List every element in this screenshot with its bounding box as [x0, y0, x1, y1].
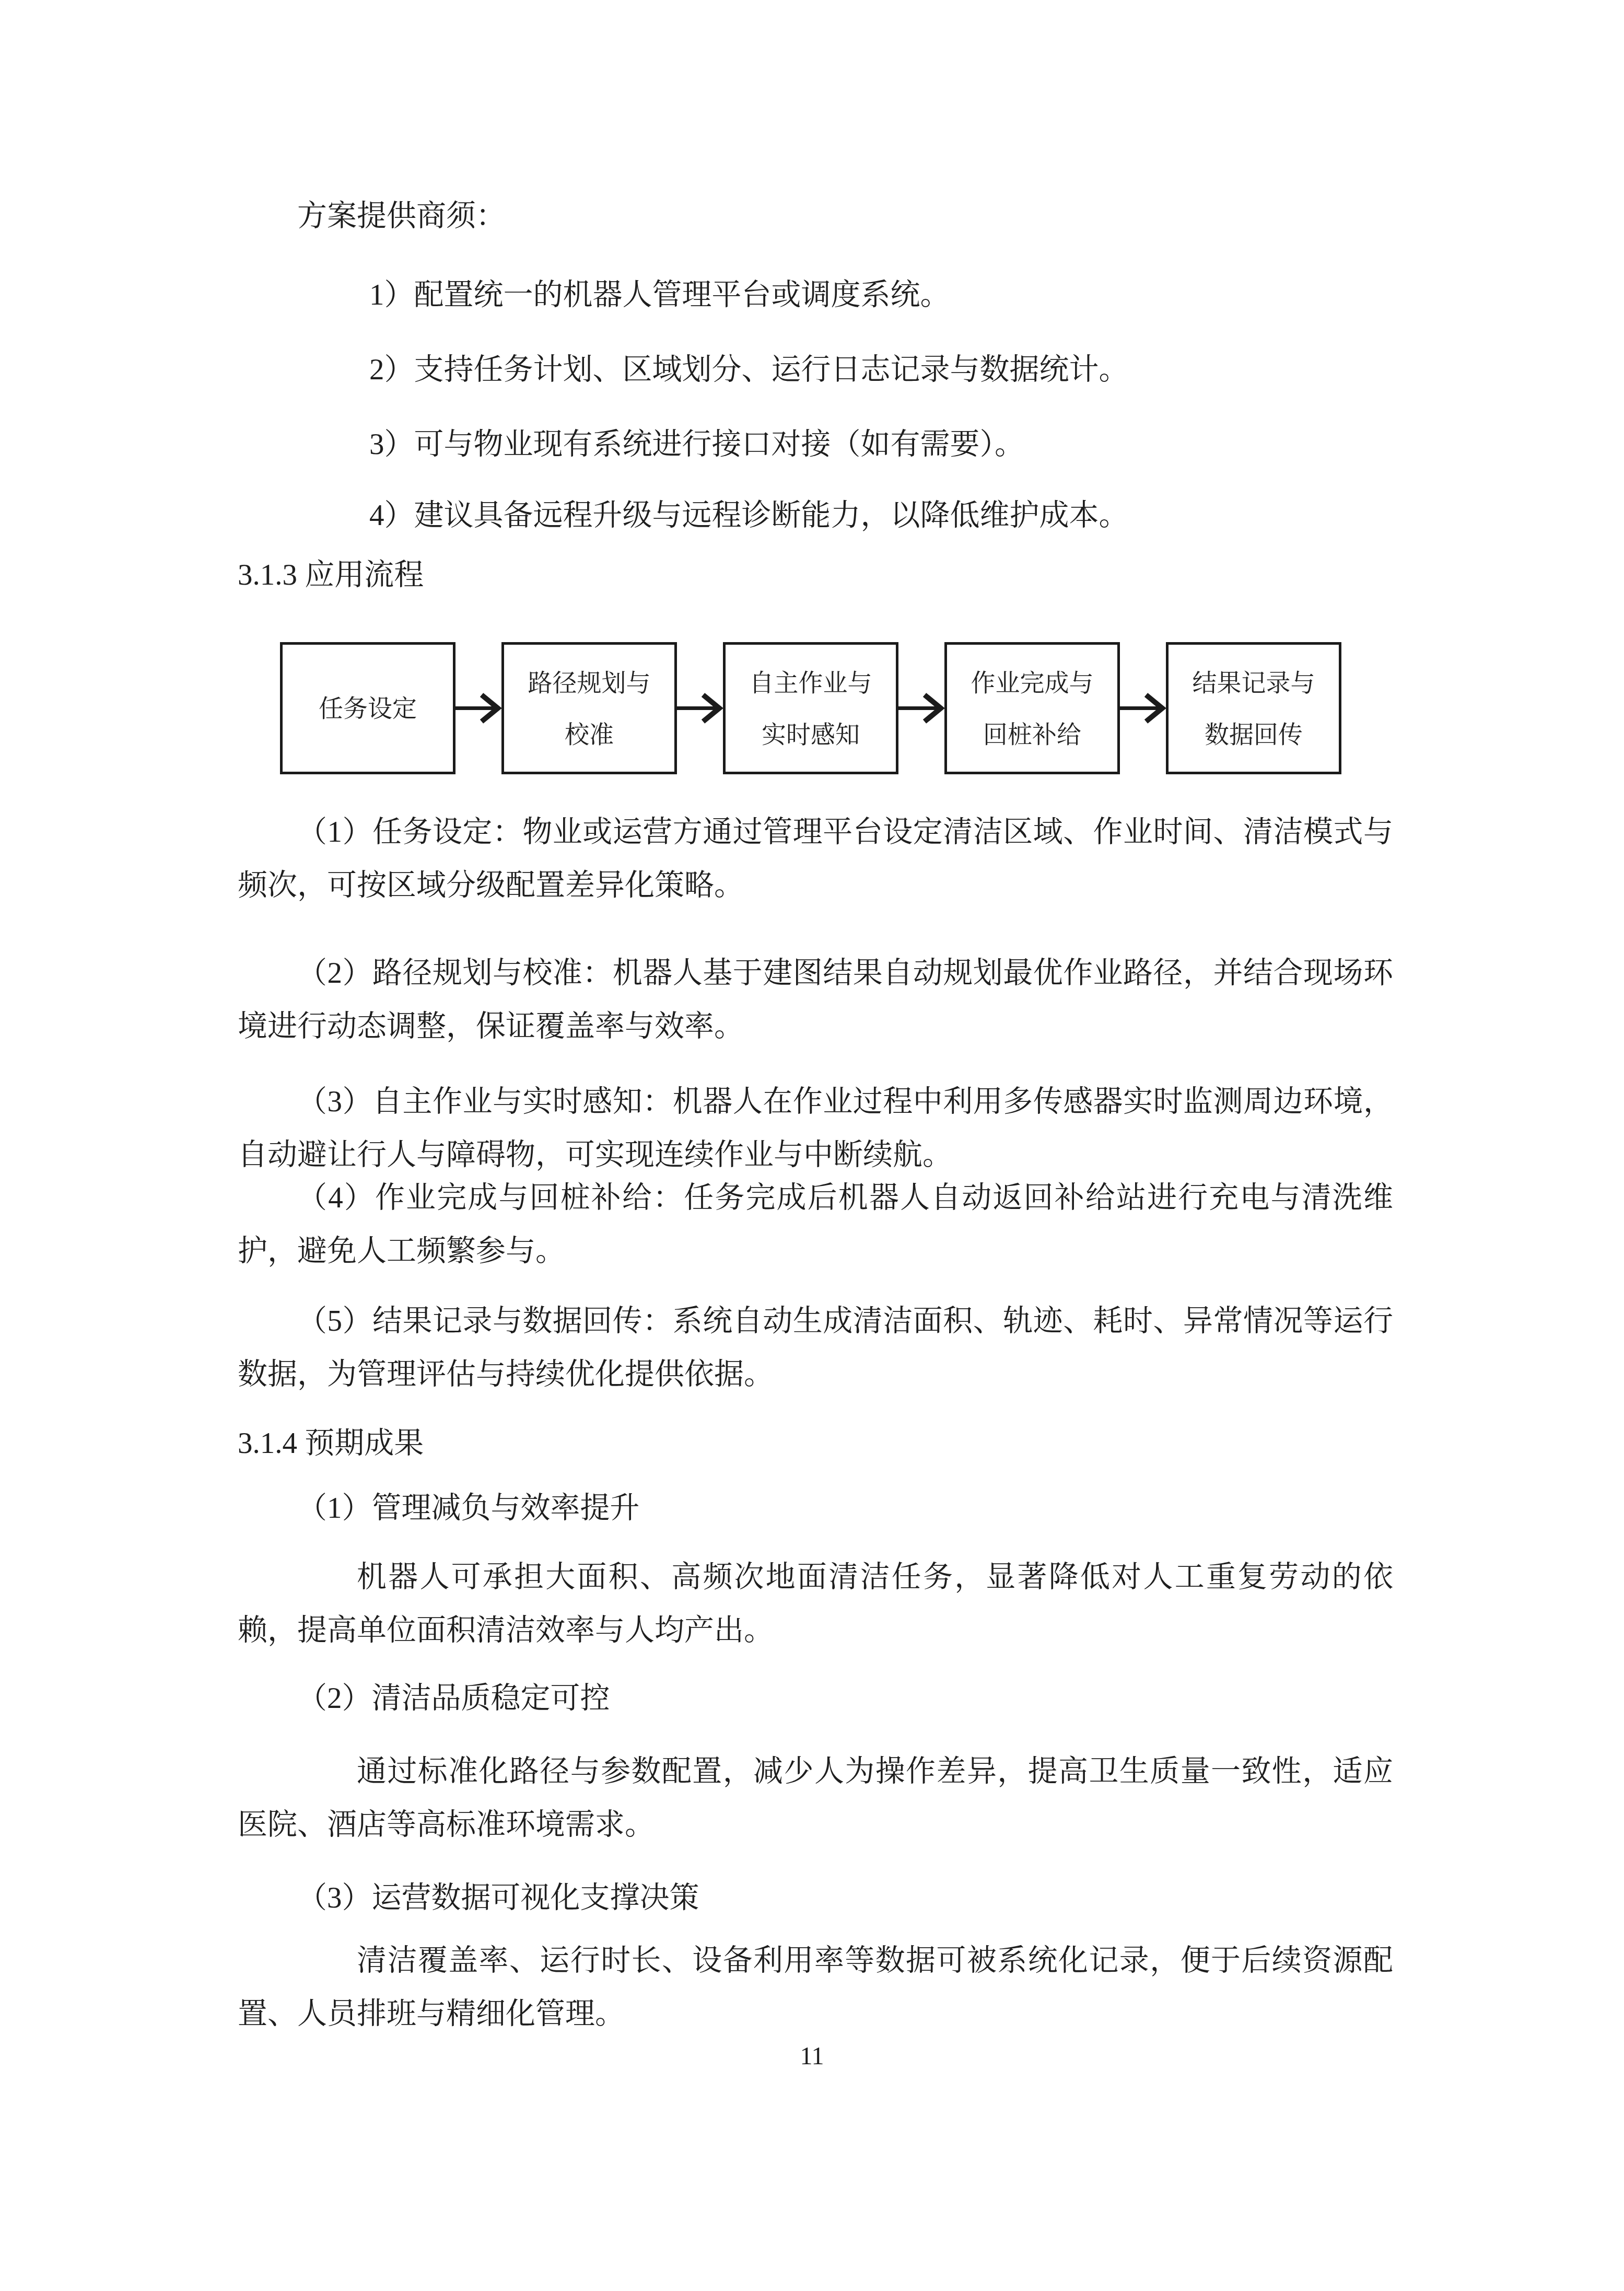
- flow-paragraph-1: （1）任务设定：物业或运营方通过管理平台设定清洁区域、作业时间、清洁模式与频次，…: [238, 806, 1393, 912]
- flow-paragraph-3: （3）自主作业与实时感知：机器人在作业过程中利用多传感器实时监测周边环境，自动避…: [238, 1075, 1393, 1182]
- result-heading-2: （2）清洁品质稳定可控: [238, 1672, 1393, 1725]
- section-heading-3-1-3: 3.1.3 应用流程: [238, 549, 1393, 602]
- intro-line: 方案提供商须：: [238, 189, 1393, 243]
- requirement-item-2: 2）支持任务计划、区域划分、运行日志记录与数据统计。: [238, 343, 1393, 397]
- result-paragraph-2: 通过标准化路径与参数配置，减少人为操作差异，提高卫生质量一致性，适应医院、酒店等…: [238, 1745, 1393, 1852]
- flow-paragraph-5: （5）结果记录与数据回传：系统自动生成清洁面积、轨迹、耗时、异常情况等运行数据，…: [238, 1295, 1393, 1401]
- flow-step-box-5: 结果记录与 数据回传: [1166, 642, 1341, 774]
- flow-step-label: 实时感知: [762, 708, 860, 760]
- flow-arrow-icon: [455, 642, 501, 774]
- flow-step-box-1: 任务设定: [280, 642, 455, 774]
- flow-arrow-icon: [1120, 642, 1166, 774]
- flow-arrow-icon: [677, 642, 723, 774]
- flow-step-label: 回桩补给: [983, 708, 1081, 760]
- flowchart: 任务设定 路径规划与 校准 自主作业与 实时感知 作业完成与 回桩补给: [238, 642, 1341, 774]
- flow-step-label: 作业完成与: [971, 657, 1094, 708]
- flow-step-label: 校准: [565, 708, 614, 760]
- flow-paragraph-2: （2）路径规划与校准：机器人基于建图结果自动规划最优作业路径，并结合现场环境进行…: [238, 947, 1393, 1053]
- flow-step-label: 路径规划与: [528, 657, 651, 708]
- flow-step-box-2: 路径规划与 校准: [501, 642, 677, 774]
- result-heading-3: （3）运营数据可视化支撑决策: [238, 1871, 1393, 1925]
- flow-paragraph-4: （4）作业完成与回桩补给：任务完成后机器人自动返回补给站进行充电与清洗维护，避免…: [238, 1171, 1393, 1278]
- requirement-item-1: 1）配置统一的机器人管理平台或调度系统。: [238, 269, 1393, 322]
- requirement-item-4: 4）建议具备远程升级与远程诊断能力，以降低维护成本。: [238, 489, 1393, 542]
- flow-arrow-icon: [898, 642, 944, 774]
- flow-step-box-4: 作业完成与 回桩补给: [944, 642, 1120, 774]
- flow-step-label: 任务设定: [319, 682, 417, 734]
- result-paragraph-1: 机器人可承担大面积、高频次地面清洁任务，显著降低对人工重复劳动的依赖，提高单位面…: [238, 1551, 1393, 1657]
- section-heading-3-1-4: 3.1.4 预期成果: [238, 1417, 1393, 1470]
- flow-step-label: 自主作业与: [750, 657, 872, 708]
- flow-step-label: 数据回传: [1205, 708, 1303, 760]
- flow-step-box-3: 自主作业与 实时感知: [723, 642, 898, 774]
- result-paragraph-3: 清洁覆盖率、运行时长、设备利用率等数据可被系统化记录，便于后续资源配置、人员排班…: [238, 1934, 1393, 2041]
- requirement-item-3: 3）可与物业现有系统进行接口对接（如有需要）。: [238, 418, 1393, 471]
- result-heading-1: （1）管理减负与效率提升: [238, 1482, 1393, 1535]
- page-number: 11: [0, 2042, 1624, 2071]
- flow-step-label: 结果记录与: [1193, 657, 1315, 708]
